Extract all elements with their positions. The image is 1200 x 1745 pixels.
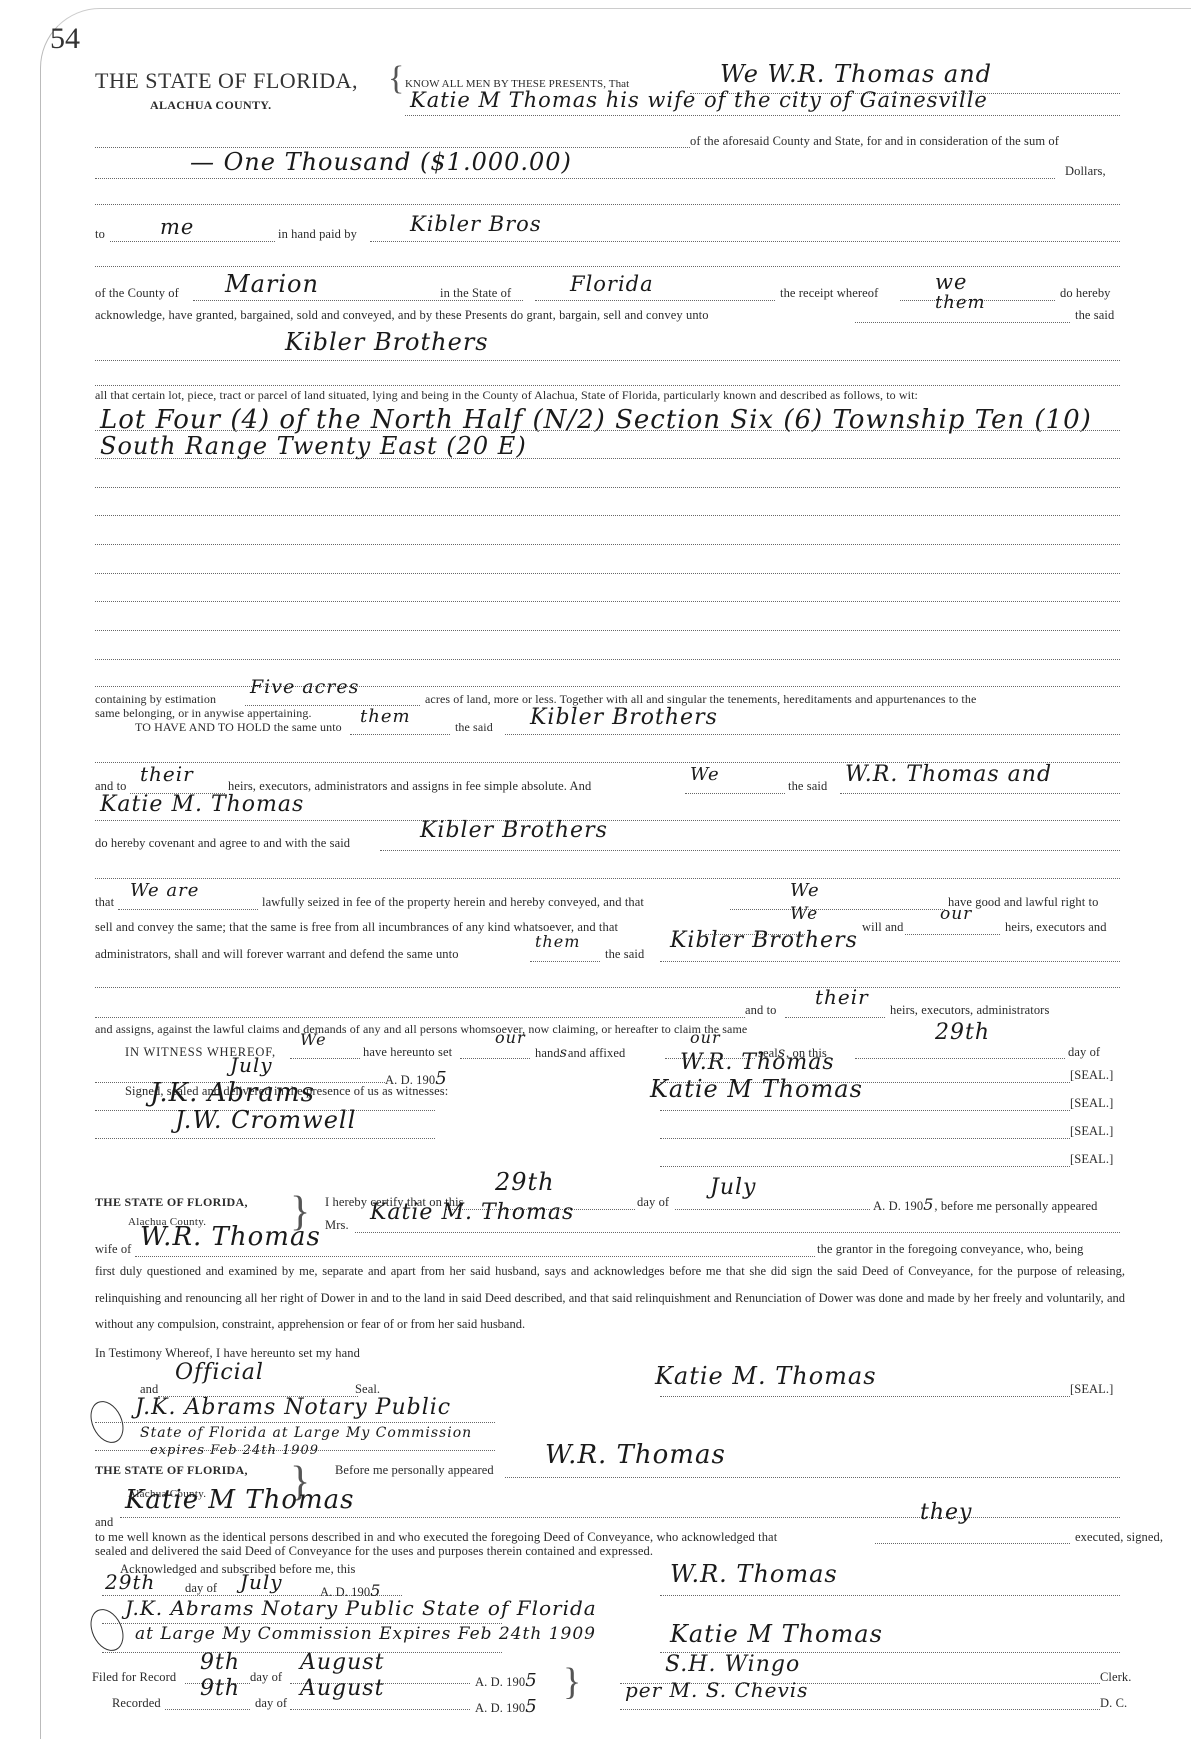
state-label: in the State of	[440, 286, 511, 301]
month-handwriting: July	[230, 1053, 273, 1077]
dower-body: first duly questioned and examined by me…	[95, 1258, 1125, 1338]
receipt-handwriting: we	[935, 270, 967, 294]
husband-line	[135, 1256, 815, 1257]
county-label: of the County of	[95, 286, 179, 301]
description-line-2	[95, 458, 1120, 459]
grantor-line-2	[405, 115, 1120, 116]
dower-day-handwriting: 29th	[495, 1168, 555, 1196]
witness-2-signature: J.W. Cromwell	[175, 1106, 356, 1134]
we-handwriting: We	[300, 1030, 327, 1049]
dower-signature: Katie M. Thomas	[655, 1362, 877, 1390]
dower-state-heading: THE STATE OF FLORIDA,	[95, 1195, 248, 1210]
ack-state-heading: THE STATE OF FLORIDA,	[95, 1463, 248, 1478]
sealed-delivered-text: sealed and delivered the said Deed of Co…	[95, 1544, 653, 1559]
state-handwriting: Florida	[570, 272, 654, 296]
aforesaid-text: of the aforesaid County and State, for a…	[690, 134, 1059, 149]
signature-line-4	[660, 1166, 1070, 1167]
signature-line-2	[660, 1110, 1070, 1111]
signature-line-3	[660, 1138, 1070, 1139]
sum-line	[95, 178, 1055, 179]
notary-expiry: expires Feb 24th 1909	[150, 1443, 319, 1458]
brace: {	[388, 60, 404, 98]
our2-handwriting: our	[690, 1028, 721, 1047]
grantor-text: the grantor in the foregoing conveyance,…	[817, 1242, 1083, 1257]
dower-month-line	[675, 1209, 870, 1210]
seal-label: [SEAL.]	[1070, 1382, 1113, 1397]
grantee-line	[505, 734, 1120, 735]
day-of-text: day of	[637, 1195, 669, 1210]
seal-label-3: [SEAL.]	[1070, 1124, 1113, 1139]
executed-text: executed, signed,	[1075, 1530, 1163, 1545]
grantee-handwriting: Kibler Brothers	[530, 705, 718, 730]
their-line	[785, 1017, 885, 1018]
filed-month-handwriting: August	[300, 1650, 384, 1675]
description-line-4	[95, 515, 1120, 516]
rec-day-line	[165, 1709, 250, 1710]
our-handwriting: our	[940, 904, 972, 924]
recorded-label: Recorded	[112, 1696, 161, 1711]
we-handwriting: We	[790, 880, 820, 901]
affixed-text: and affixed	[568, 1046, 625, 1060]
ack-signature-1: W.R. Thomas	[670, 1560, 838, 1588]
husband-handwriting: W.R. Thomas	[140, 1222, 321, 1252]
them-line	[350, 734, 450, 735]
ack-day-handwriting: 29th	[105, 1570, 155, 1594]
we-line	[685, 793, 785, 794]
dc-line	[620, 1709, 1100, 1710]
notary-signature: J.K. Abrams Notary Public	[135, 1395, 451, 1420]
we-are-line	[118, 909, 258, 910]
seal-label-4: [SEAL.]	[1070, 1152, 1113, 1167]
rec-month-handwriting: August	[300, 1676, 384, 1701]
rec-month-line	[290, 1709, 470, 1710]
heirs-admin-text: heirs, executors, administrators	[890, 1003, 1049, 1018]
blank-line	[95, 878, 1120, 879]
clerk-signature: S.H. Wingo	[665, 1652, 800, 1677]
description-line-10	[95, 686, 1120, 687]
to-have-text: TO HAVE AND TO HOLD the same unto	[135, 720, 342, 735]
receipt-label: the receipt whereof	[780, 286, 878, 301]
witness-line-2	[95, 1138, 435, 1139]
dower-year-handwriting: 5	[923, 1195, 934, 1214]
ack-signature-line-1	[660, 1595, 1120, 1596]
paid-by-label: in hand paid by	[278, 227, 357, 242]
mrs-label: Mrs.	[325, 1218, 349, 1233]
them-handwriting: them	[535, 932, 580, 951]
they-line	[875, 1543, 1070, 1544]
ack-notary-signature: J.K. Abrams Notary Public State of Flori…	[125, 1596, 597, 1620]
official-handwriting: Official	[175, 1360, 264, 1385]
notary-commission: State of Florida at Large My Commission	[140, 1425, 472, 1441]
rec-day-handwriting: 9th	[200, 1676, 240, 1701]
their-handwriting: their	[815, 985, 869, 1009]
acknowledge-text: acknowledge, have granted, bargained, so…	[95, 308, 709, 323]
dc-label: D. C.	[1100, 1696, 1127, 1711]
wife-of-label: wife of	[95, 1242, 131, 1257]
day-handwriting: 29th	[935, 1020, 990, 1045]
witness-1-signature: J.K. Abrams	[150, 1078, 315, 1108]
we-are-handwriting: We are	[130, 880, 199, 901]
ad-text: A. D. 190	[475, 1701, 525, 1715]
unto-handwriting: them	[935, 292, 986, 313]
dollars-text: Dollars,	[1065, 164, 1106, 179]
that-label: that	[95, 895, 114, 910]
grantors-handwriting: We W.R. Thomas and	[720, 60, 992, 88]
description-line-3	[95, 487, 1120, 488]
unto-line	[855, 322, 1070, 323]
grantee-line	[95, 360, 1120, 361]
blank-line	[95, 266, 1120, 267]
ad-text: A. D. 190	[475, 1675, 525, 1689]
the-said-text: the said	[788, 779, 827, 794]
signature-1: W.R. Thomas	[680, 1050, 835, 1075]
person1-line	[505, 1477, 1120, 1478]
their-handwriting: their	[140, 762, 194, 786]
the-said-text: the said	[1075, 308, 1114, 323]
containing-label: containing by estimation	[95, 692, 216, 707]
hand-text: hand	[535, 1046, 560, 1060]
seized-text: lawfully seized in fee of the property h…	[262, 895, 644, 910]
day-of-text: day of	[250, 1670, 282, 1685]
description-line-5	[95, 544, 1120, 545]
dower-signature-line	[660, 1396, 1070, 1397]
them-line	[530, 961, 600, 962]
day-of-text: day of	[255, 1696, 287, 1711]
acres-handwriting: Five acres	[250, 676, 359, 698]
will-and-text: will and	[862, 920, 903, 935]
filed-year-handwriting: 5	[525, 1670, 537, 1691]
day-of-text: day of	[1068, 1045, 1100, 1060]
description-line-1	[95, 430, 1120, 431]
we-handwriting: We	[690, 764, 720, 785]
grantor-handwriting: W.R. Thomas and	[845, 762, 1052, 787]
notary-line-1	[95, 1422, 495, 1423]
and-to-text: and to	[745, 1003, 777, 1018]
dc-signature: per M. S. Chevis	[625, 1678, 808, 1702]
the-said-text: the said	[605, 947, 644, 962]
blank-line	[95, 1017, 745, 1018]
blank-line	[95, 385, 1120, 386]
grantor2-handwriting: Katie M. Thomas	[100, 792, 304, 817]
grantee-handwriting: Kibler Brothers	[285, 328, 489, 356]
do-hereby-text: do hereby	[1060, 286, 1111, 301]
description-line-7	[95, 601, 1120, 602]
to-handwriting: me	[160, 215, 194, 239]
grantee2-handwriting: Kibler Brothers	[670, 928, 858, 953]
deed-page-border	[40, 8, 1191, 1739]
to-label: to	[95, 227, 105, 242]
seal-label-1: [SEAL.]	[1070, 1068, 1113, 1083]
brace: }	[563, 1660, 581, 1704]
county-heading: ALACHUA COUNTY.	[150, 98, 271, 113]
same-belonging-text: same belonging, or in anywise appertaini…	[95, 706, 312, 721]
grantee2-line	[660, 961, 1120, 962]
paid-by-handwriting: Kibler Bros	[410, 212, 542, 236]
filed-label: Filed for Record	[92, 1670, 176, 1685]
before-me-text: , before me personally appeared	[934, 1199, 1097, 1213]
person2-handwriting: Katie M Thomas	[125, 1485, 354, 1515]
person1-handwriting: W.R. Thomas	[545, 1440, 726, 1470]
grantors-handwriting-2: Katie M Thomas his wife of the city of G…	[410, 88, 988, 112]
heirs-exec-text: heirs, executors and	[1005, 920, 1107, 935]
description-line-9	[95, 659, 1120, 660]
hereunto-text: have hereunto set	[363, 1045, 452, 1060]
them-handwriting: them	[360, 706, 411, 727]
grantor-line	[840, 793, 1120, 794]
we-line	[290, 1058, 360, 1059]
our-line	[905, 934, 1000, 935]
ack-notary-commission: at Large My Commission Expires Feb 24th …	[135, 1624, 596, 1644]
we-line	[730, 909, 945, 910]
covenant-text: do hereby covenant and agree to and with…	[95, 836, 350, 851]
ack-month-handwriting: July	[240, 1570, 283, 1594]
blank-line	[95, 204, 1120, 205]
mrs-line	[355, 1232, 1120, 1233]
ack-signature-2: Katie M Thomas	[670, 1620, 883, 1648]
day-line	[855, 1058, 1065, 1059]
signature-2: Katie M Thomas	[650, 1075, 863, 1103]
we2-handwriting: We	[790, 904, 818, 924]
they-handwriting: they	[920, 1500, 972, 1525]
the-said-text: the said	[455, 720, 493, 735]
well-known-text: to me well known as the identical person…	[95, 1530, 777, 1545]
blank-line	[95, 987, 1120, 988]
before-me-text: Before me personally appeared	[335, 1463, 494, 1478]
assigns-text: and assigns, against the lawful claims a…	[95, 1022, 747, 1037]
land-intro-text: all that certain lot, piece, tract or pa…	[95, 388, 918, 403]
testimony-text: In Testimony Whereof, I have hereunto se…	[95, 1346, 360, 1361]
mrs-handwriting: Katie M. Thomas	[370, 1200, 574, 1225]
land-description-line2: South Range Twenty East (20 E)	[100, 432, 527, 460]
day-of-text: day of	[185, 1581, 217, 1596]
description-line-8	[95, 630, 1120, 631]
seal-label-2: [SEAL.]	[1070, 1096, 1113, 1111]
covenant-grantee-line	[380, 850, 1120, 851]
ad-text: A. D. 190	[873, 1199, 923, 1213]
our-handwriting: our	[495, 1028, 526, 1047]
dower-month-handwriting: July	[710, 1175, 756, 1200]
administrators-text: administrators, shall and will forever w…	[95, 947, 459, 962]
our-line	[460, 1058, 530, 1059]
sum-handwriting: — One Thousand ($1.000.00)	[190, 148, 572, 176]
description-line-6	[95, 573, 1120, 574]
covenant-grantee-handwriting: Kibler Brothers	[420, 818, 608, 843]
paid-by-line	[370, 241, 1120, 242]
rec-year-handwriting: 5	[525, 1696, 537, 1717]
state-line	[535, 300, 775, 301]
and-label: and	[95, 1515, 113, 1530]
page-number: 54	[50, 22, 80, 56]
filed-day-handwriting: 9th	[200, 1650, 240, 1675]
state-heading: THE STATE OF FLORIDA,	[95, 68, 358, 94]
clerk-label: Clerk.	[1100, 1670, 1132, 1685]
hands-plural: s	[560, 1045, 568, 1061]
county-handwriting: Marion	[225, 270, 319, 298]
to-line	[110, 241, 275, 242]
